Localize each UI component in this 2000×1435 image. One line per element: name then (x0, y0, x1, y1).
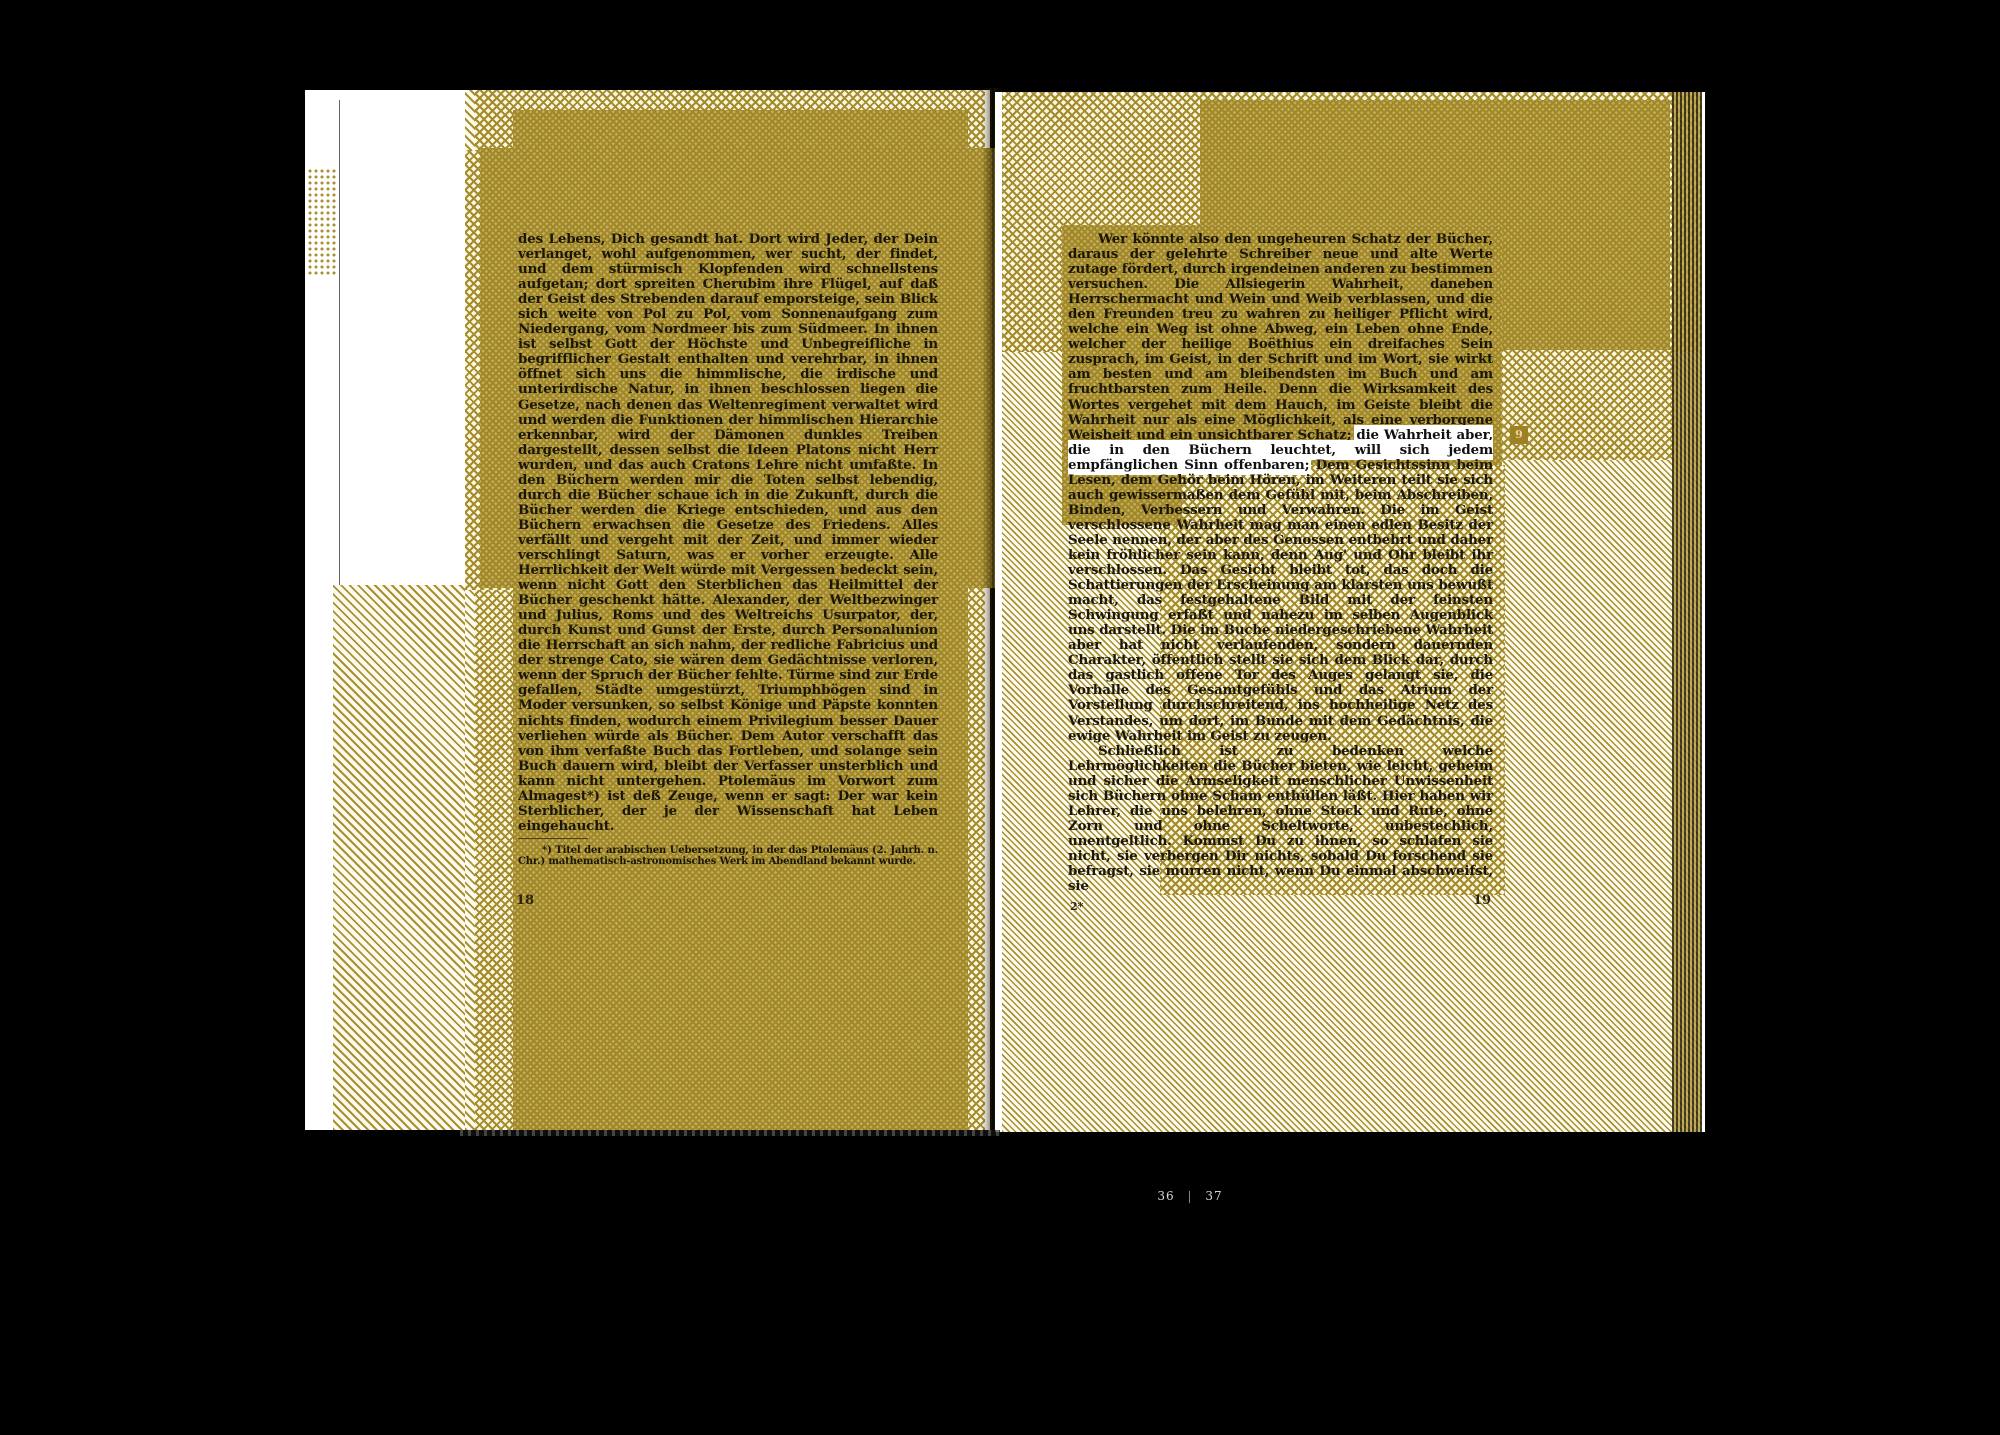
left-footnote: *) Titel der arabischen Uebersetzung, in… (518, 845, 938, 867)
right-page-edge (1672, 92, 1702, 1132)
spread-page-right: 37 (1205, 1189, 1222, 1203)
right-text-before-highlight: Wer könnte also den ungeheuren Schatz de… (1068, 231, 1493, 443)
right-page-number: 19 (1473, 893, 1491, 908)
right-paragraph-2: Schließlich ist zu bedenken welche Lehrm… (1068, 744, 1493, 894)
spread-separator: | (1187, 1189, 1192, 1203)
bottom-edge (460, 1130, 1000, 1136)
edge-dot-band (307, 168, 337, 276)
margin-marker: 9 (1510, 426, 1528, 444)
right-text-after-highlight: Dem Gesichtssinn beim Lesen, dem Gehör b… (1068, 457, 1493, 744)
signature-mark: 2* (1070, 900, 1083, 913)
footnote-rule (518, 838, 588, 839)
spread-page-numbers: 36 | 37 (1150, 1189, 1230, 1203)
left-page-number: 18 (516, 893, 534, 908)
left-paragraph: des Lebens, Dich gesandt hat. Dort wird … (518, 232, 938, 834)
left-page-text: des Lebens, Dich gesandt hat. Dort wird … (518, 232, 938, 867)
right-page-text: Wer könnte also den ungeheuren Schatz de… (1068, 232, 1493, 894)
left-diag-hatch-bottom (333, 585, 473, 1130)
spread-page-left: 36 (1157, 1189, 1174, 1203)
